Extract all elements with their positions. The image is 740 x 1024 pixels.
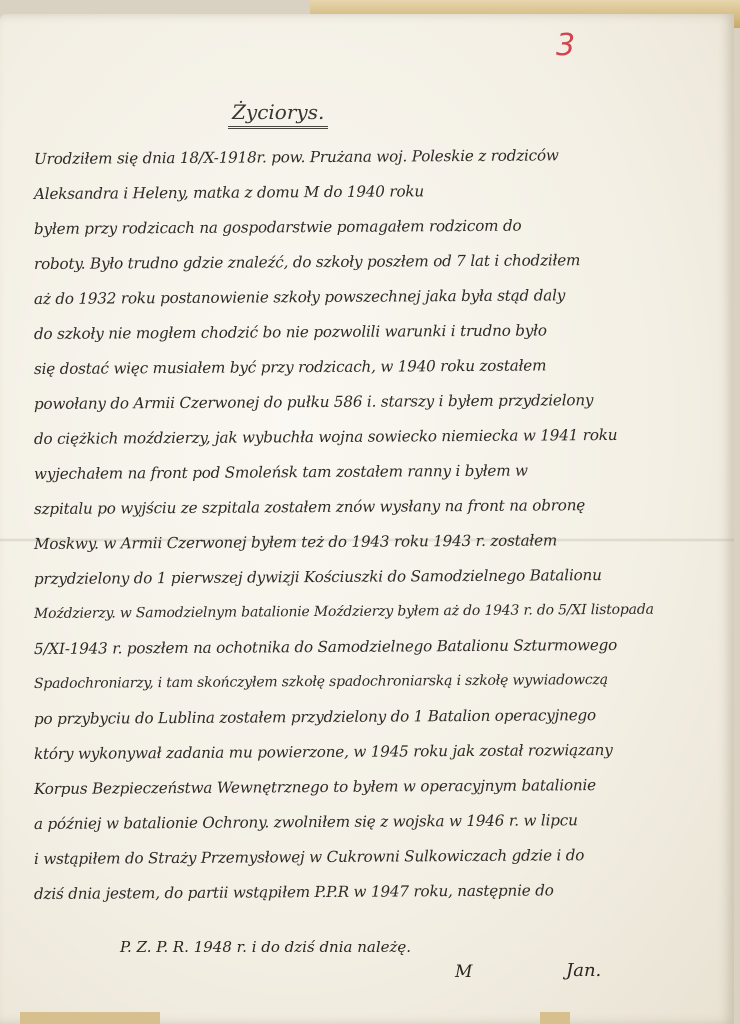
- text-line: przydzielony do 1 pierwszej dywizji Kośc…: [34, 557, 724, 597]
- handwritten-body: Urodziłem się dnia 18/X-1918r. pow. Pruż…: [34, 142, 724, 912]
- tape-strip-bottom-left: [20, 1012, 160, 1024]
- document-title: Życiorys.: [228, 100, 328, 129]
- text-line: i wstąpiłem do Straży Przemysłowej w Cuk…: [34, 837, 724, 877]
- text-line: dziś dnia jestem, do partii wstąpiłem P.…: [34, 872, 724, 912]
- text-line: aż do 1932 roku postanowienie szkoły pow…: [34, 277, 724, 317]
- text-line: Aleksandra i Heleny, matka z domu M do 1…: [34, 172, 724, 212]
- text-line: a później w batalionie Ochrony. zwolniłe…: [34, 802, 724, 842]
- signature-name: Jan.: [566, 960, 601, 981]
- page-number: 3: [556, 28, 575, 63]
- text-line: byłem przy rodzicach na gospodarstwie po…: [34, 207, 724, 247]
- closing-line: P. Z. P. R. 1948 r. i do dziś dnia należ…: [120, 938, 411, 956]
- tape-strip-bottom-right: [540, 1012, 570, 1024]
- text-line: się dostać więc musiałem być przy rodzic…: [34, 347, 724, 387]
- text-line: Moździerzy. w Samodzielnym batalionie Mo…: [34, 592, 724, 632]
- text-line: Urodziłem się dnia 18/X-1918r. pow. Pruż…: [34, 137, 724, 177]
- text-line: Moskwy. w Armii Czerwonej byłem też do 1…: [34, 522, 724, 562]
- text-line: który wykonywał zadania mu powierzone, w…: [34, 732, 724, 772]
- text-line: 5/XI-1943 r. poszłem na ochotnika do Sam…: [34, 627, 724, 667]
- text-line: roboty. Było trudno gdzie znaleźć, do sz…: [34, 242, 724, 282]
- text-line: Korpus Bezpieczeństwa Wewnętrznego to by…: [34, 767, 724, 807]
- text-line: szpitalu po wyjściu ze szpitala zostałem…: [34, 487, 724, 527]
- text-line: powołany do Armii Czerwonej do pułku 586…: [34, 382, 724, 422]
- text-line: Spadochroniarzy, i tam skończyłem szkołę…: [34, 662, 724, 702]
- text-line: wyjechałem na front pod Smoleńsk tam zos…: [34, 452, 724, 492]
- text-line: po przybyciu do Lublina zostałem przydzi…: [34, 697, 724, 737]
- text-line: do szkoły nie mogłem chodzić bo nie pozw…: [34, 312, 724, 352]
- signature-initial: M: [455, 962, 472, 982]
- text-line: do ciężkich moździerzy, jak wybuchła woj…: [34, 417, 724, 457]
